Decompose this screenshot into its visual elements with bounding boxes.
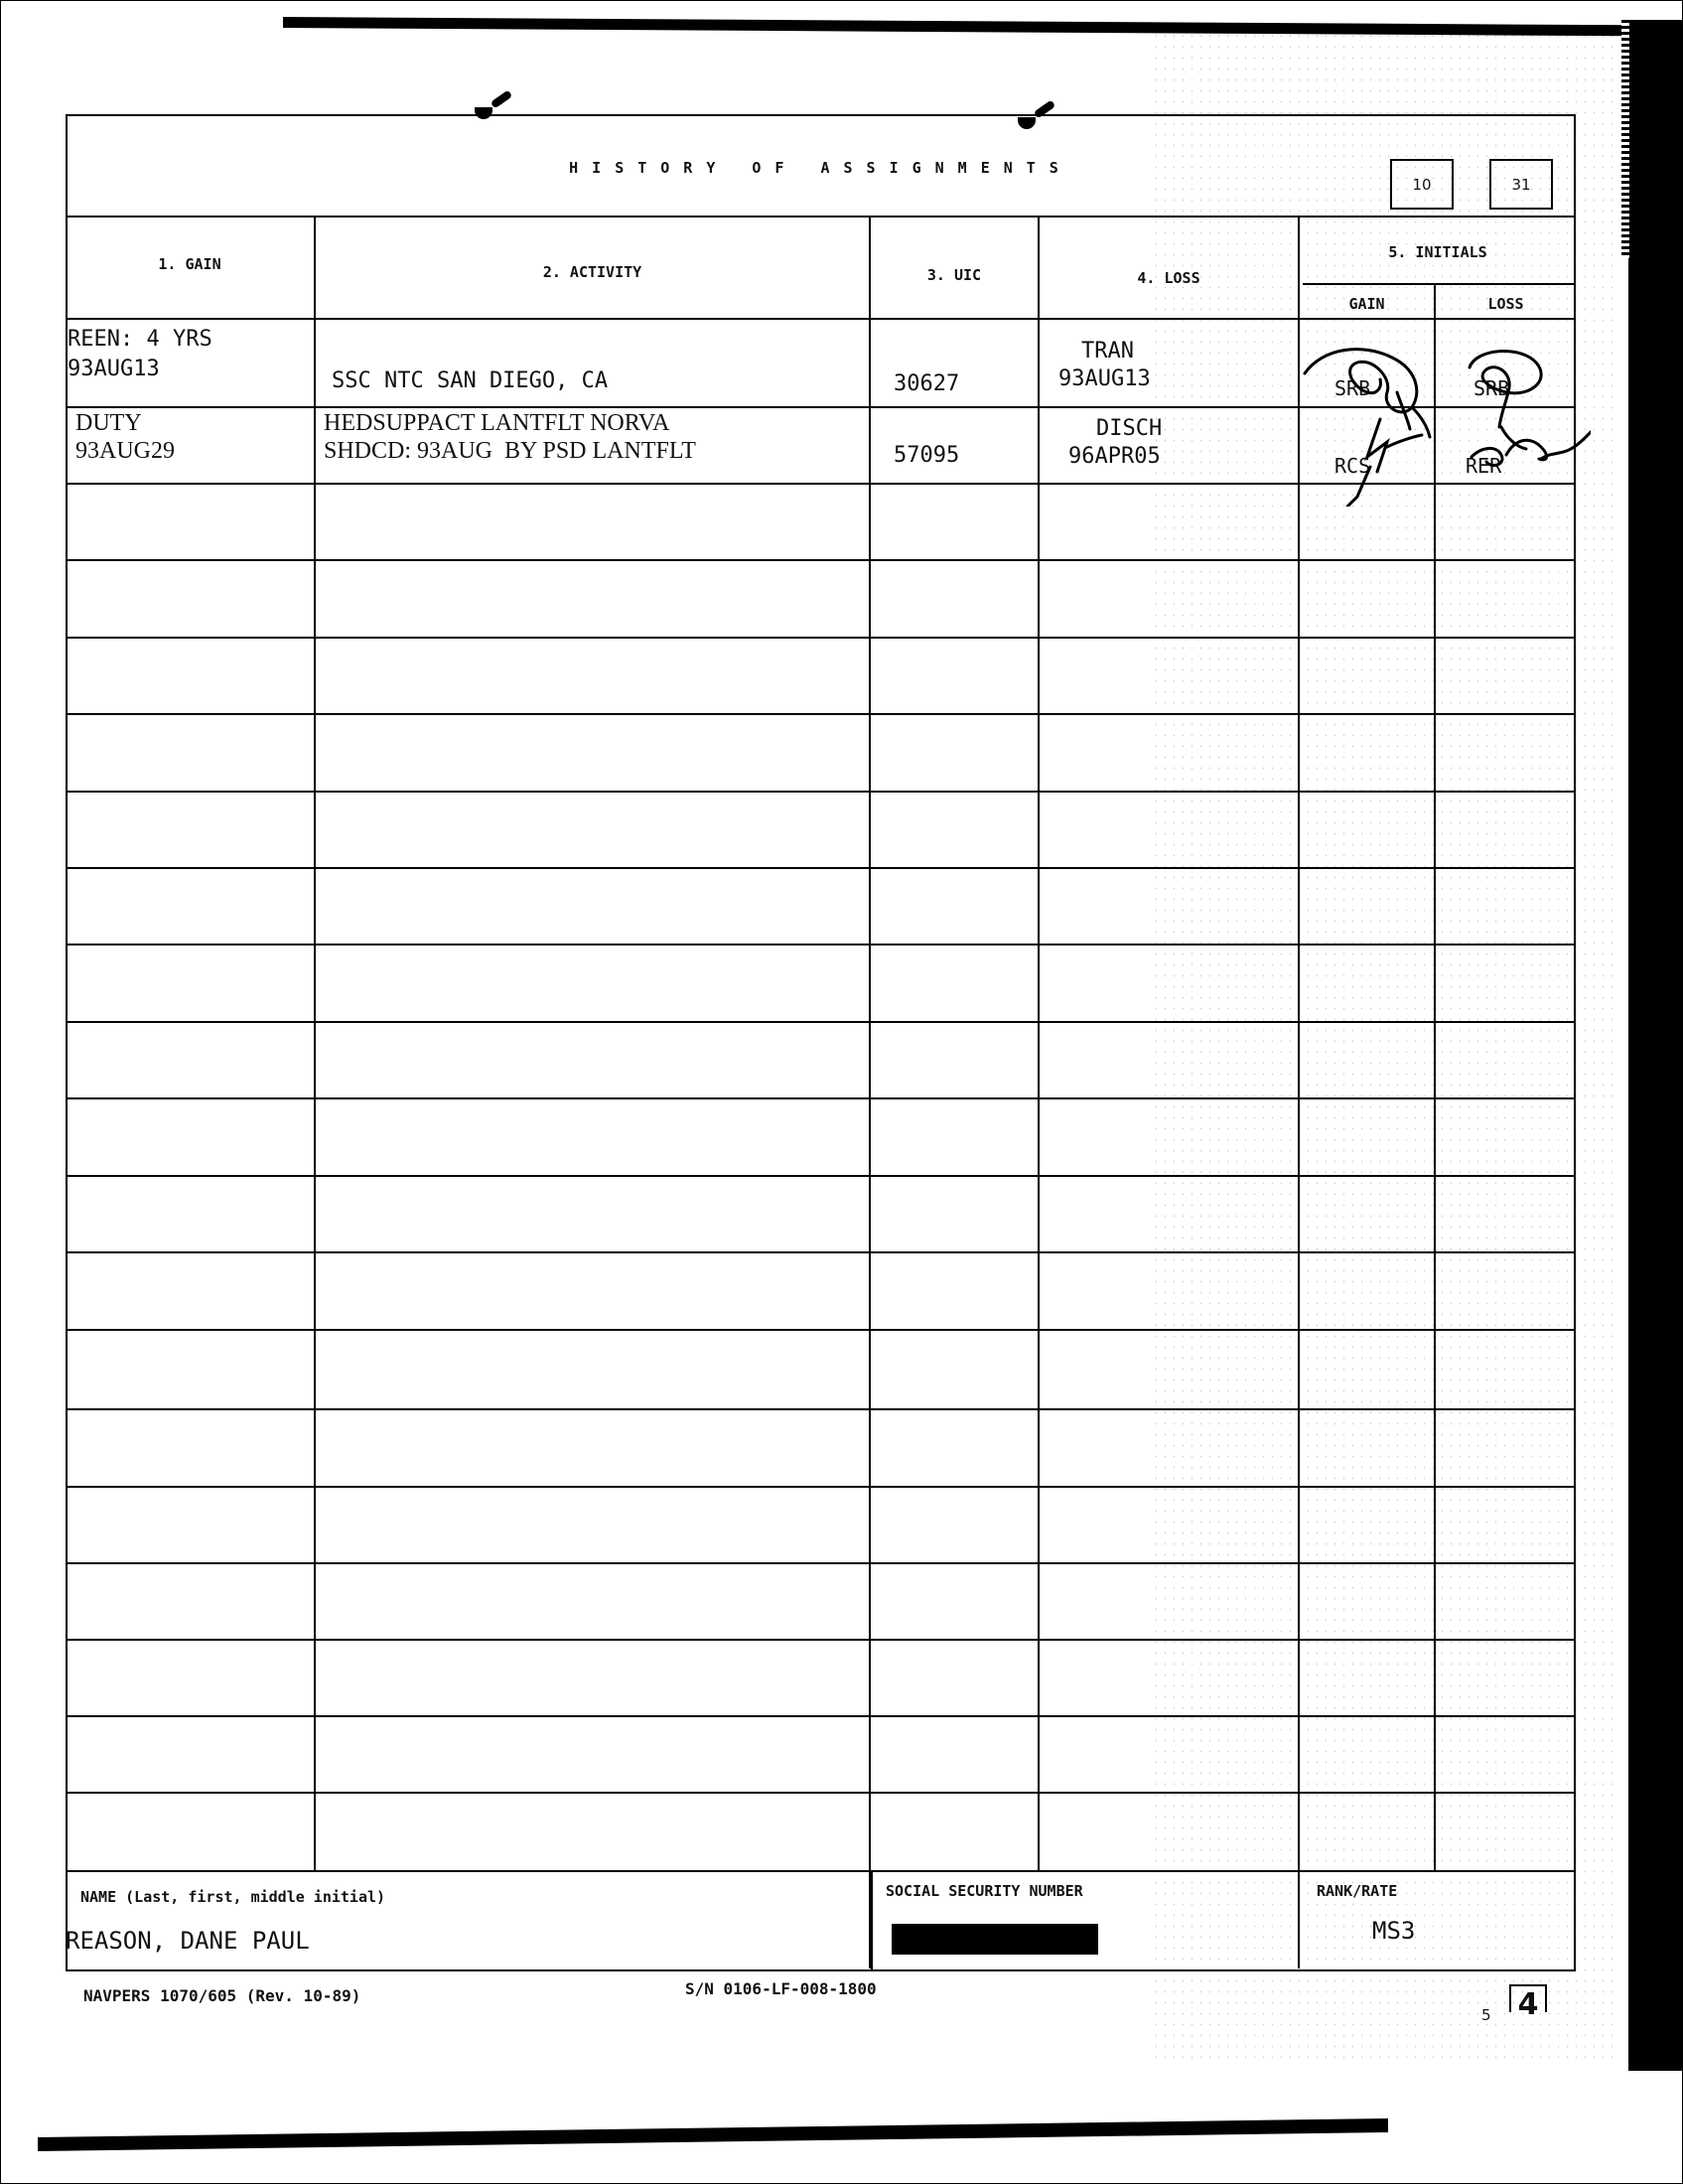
history-of-assignments-form: HISTORY OF ASSIGNMENTS 10 31 1. GAIN 2. … [66, 114, 1576, 1971]
row-line [66, 1715, 1576, 1717]
row-line [66, 713, 1576, 715]
row-line [66, 1639, 1576, 1641]
row2-initials-gain: RCS [1334, 452, 1370, 480]
row-line [66, 1408, 1576, 1410]
header-loss: 4. LOSS [1040, 269, 1298, 287]
row1-loss-line2: 93AUG13 [1058, 365, 1151, 393]
grid-bottom-line [66, 1870, 1576, 1872]
col-divider-1 [314, 216, 316, 1871]
row-line [66, 1251, 1576, 1253]
form-title: HISTORY OF ASSIGNMENTS [66, 159, 1576, 177]
row2-loss-line2: 96APR05 [1068, 443, 1161, 471]
ssn-label: SOCIAL SECURITY NUMBER [886, 1882, 1083, 1900]
row-line [66, 406, 1576, 408]
title-divider [66, 216, 1576, 218]
row-line [66, 559, 1576, 561]
page-number-handwritten: 4 [1509, 1984, 1547, 2012]
row2-gain-line1: DUTY [75, 409, 142, 437]
header-divider [66, 318, 1576, 320]
name-value: REASON, DANE PAUL [66, 1927, 310, 1955]
row2-initials-loss: RER [1466, 452, 1501, 480]
initials-divider [1303, 283, 1576, 285]
name-label: NAME (Last, first, middle initial) [80, 1888, 385, 1906]
scan-right-shadow [1628, 20, 1683, 2071]
ssn-redaction [892, 1924, 1098, 1955]
row1-initials-gain: SRB [1334, 374, 1370, 402]
row-line [66, 1792, 1576, 1794]
row1-uic: 30627 [894, 370, 959, 398]
row-line [66, 483, 1576, 485]
row1-loss-line1: TRAN [1081, 338, 1134, 365]
header-initials-gain: GAIN [1300, 295, 1434, 313]
row-line [66, 944, 1576, 946]
col-divider-5 [1434, 283, 1436, 1871]
header-activity: 2. ACTIVITY [316, 263, 869, 281]
header-initials-loss: LOSS [1436, 295, 1576, 313]
row-line [66, 1486, 1576, 1488]
row-line [66, 1562, 1576, 1564]
page-box-right: 31 [1489, 159, 1553, 210]
row-line [66, 867, 1576, 869]
page-number-small: 5 [1481, 2006, 1491, 2024]
header-uic: 3. UIC [871, 266, 1038, 284]
row-line [66, 637, 1576, 639]
form-number: NAVPERS 1070/605 (Rev. 10-89) [83, 1986, 360, 2005]
row-line [66, 1097, 1576, 1099]
header-initials: 5. INITIALS [1300, 243, 1576, 261]
row1-gain-line1: REEN: 4 YRS [68, 326, 212, 354]
row2-uic: 57095 [894, 442, 959, 470]
row-line [66, 791, 1576, 793]
rank-value: MS3 [1372, 1917, 1415, 1945]
row2-gain-line2: 93AUG29 [75, 437, 175, 465]
rank-label: RANK/RATE [1317, 1882, 1397, 1900]
row1-activity: SSC NTC SAN DIEGO, CA [332, 367, 608, 395]
row2-activity-line2: SHDCD: 93AUG BY PSD LANTFLT [324, 437, 696, 465]
header-gain: 1. GAIN [66, 255, 314, 273]
row2-loss-line1: DISCH [1096, 415, 1162, 443]
scan-bottom-shadow [38, 2118, 1388, 2151]
stock-number: S/N 0106-LF-008-1800 [685, 1979, 877, 1998]
row2-activity-line1: HEDSUPPACT LANTFLT NORVA [324, 409, 669, 437]
col-divider-3 [1038, 216, 1040, 1871]
scan-top-shadow [283, 17, 1633, 36]
footer-divider-1 [871, 1870, 873, 1969]
col-divider-2 [869, 216, 871, 1968]
row-line [66, 1329, 1576, 1331]
row1-initials-loss: SRB [1473, 374, 1509, 402]
page-box-left: 10 [1390, 159, 1454, 210]
row-line [66, 1021, 1576, 1023]
scan-right-edge [1621, 20, 1629, 258]
row-line [66, 1175, 1576, 1177]
row1-gain-line2: 93AUG13 [68, 356, 160, 383]
col-divider-4 [1298, 216, 1300, 1968]
